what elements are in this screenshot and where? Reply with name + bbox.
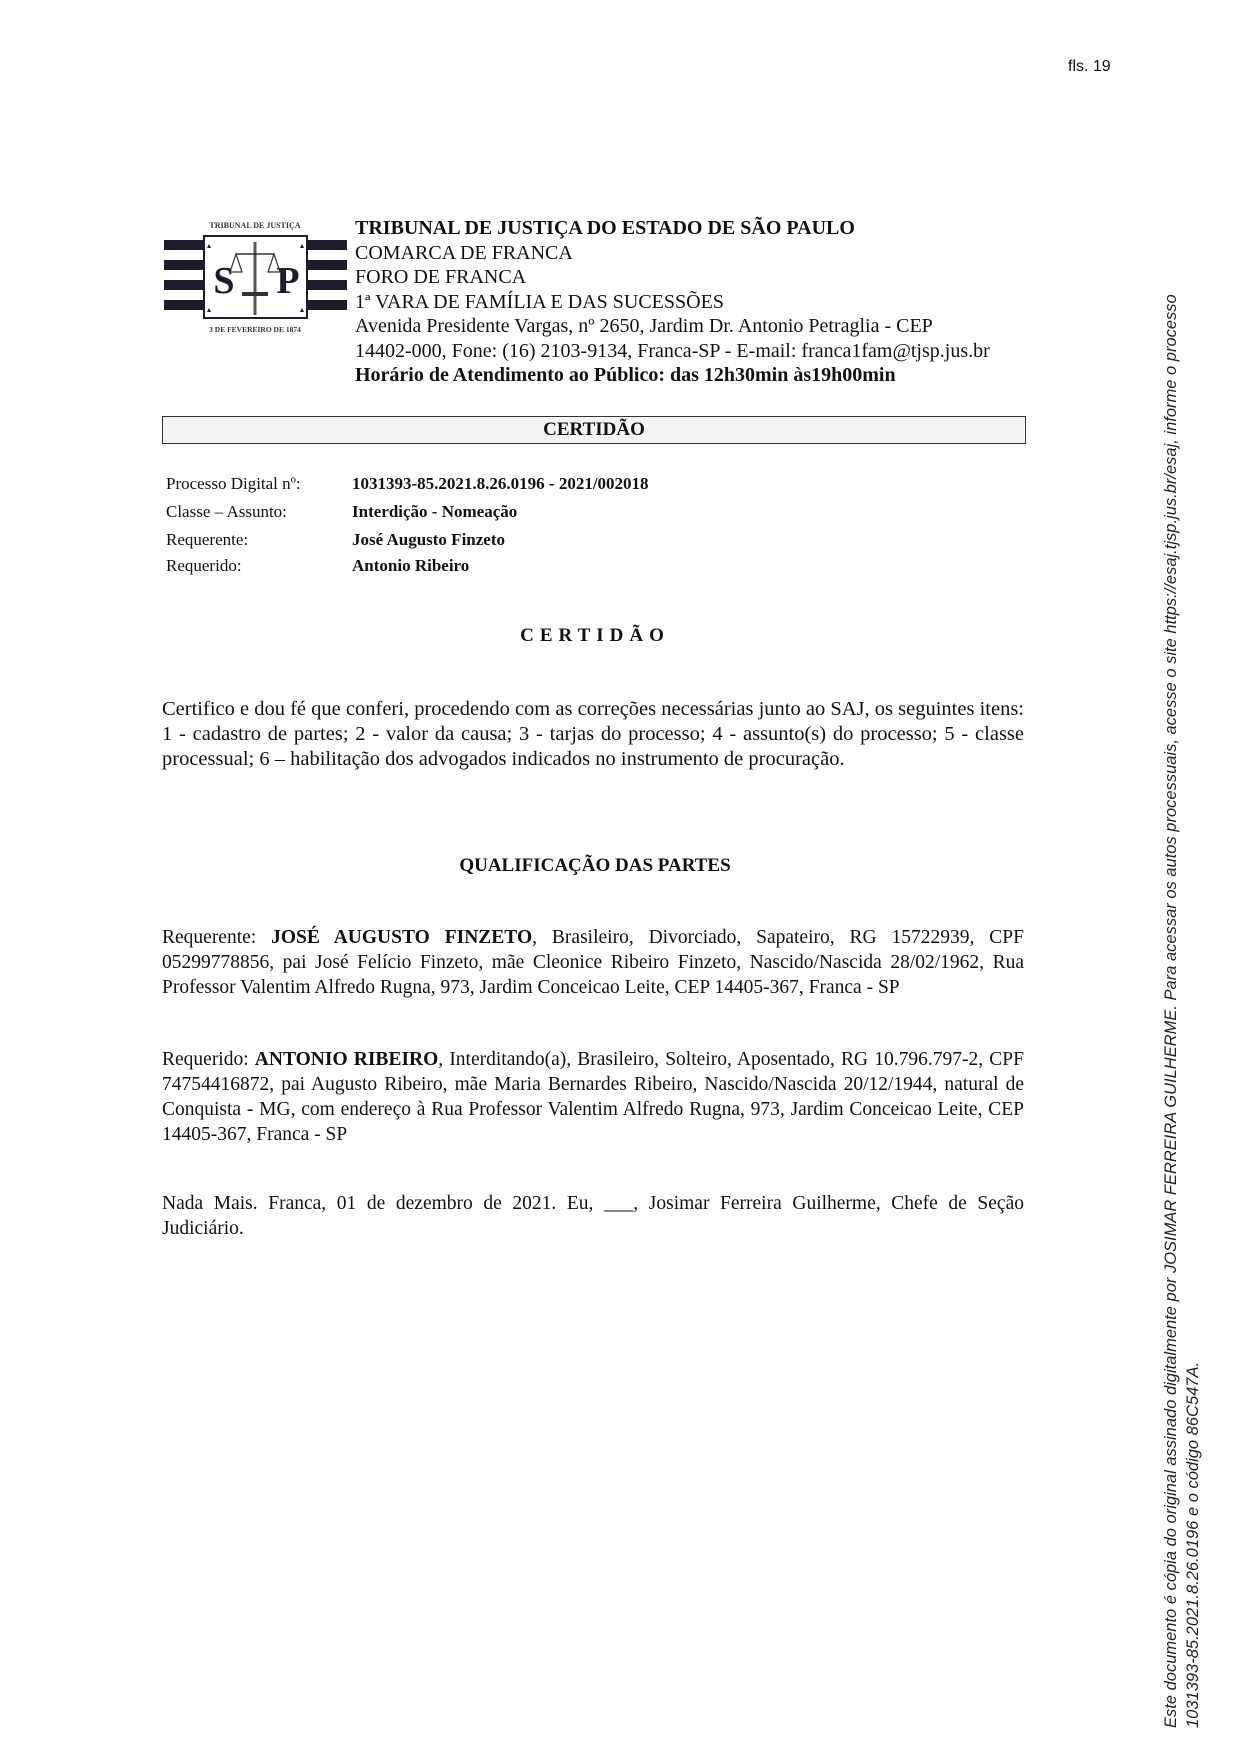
meta-value: Antonio Ribeiro — [352, 556, 469, 576]
requerido-paragraph: Requerido: ANTONIO RIBEIRO, Interditando… — [162, 1047, 1024, 1147]
side-note-line-2: 1031393-85.2021.8.26.0196 e o código 86C… — [1182, 294, 1204, 1728]
vara: 1ª VARA DE FAMÍLIA E DAS SUCESSÕES — [355, 290, 990, 315]
tjsp-coat-of-arms-icon: TRIBUNAL DE JUSTIÇA S P 3 DE FEVEREIRO D… — [164, 202, 347, 337]
side-note-text: , informe o processo — [1162, 294, 1180, 443]
esaj-link[interactable]: https://esaj.tjsp.jus.br/esaj — [1162, 444, 1180, 634]
logo-top-text: TRIBUNAL DE JUSTIÇA — [209, 221, 300, 230]
meta-value: José Augusto Finzeto — [352, 530, 505, 550]
meta-label: Requerido: — [166, 556, 352, 576]
page-folio: fls. 19 — [1068, 58, 1111, 76]
meta-label: Requerente: — [166, 530, 352, 550]
logo-right-letter: P — [276, 260, 299, 302]
title-box: CERTIDÃO — [162, 416, 1026, 444]
comarca: COMARCA DE FRANCA — [355, 241, 990, 266]
letterhead: TRIBUNAL DE JUSTIÇA DO ESTADO DE SÃO PAU… — [355, 216, 990, 388]
requerente-label: Requerente: — [162, 927, 271, 948]
closing-paragraph: Nada Mais. Franca, 01 de dezembro de 202… — [162, 1191, 1024, 1241]
address-line-2: 14402-000, Fone: (16) 2103-9134, Franca-… — [355, 339, 990, 364]
meta-row-classe: Classe – Assunto: Interdição - Nomeação — [166, 498, 649, 526]
address-line-1: Avenida Presidente Vargas, nº 2650, Jard… — [355, 314, 990, 339]
office-hours: Horário de Atendimento ao Público: das 1… — [355, 363, 990, 388]
side-note-text: Este documento é cópia do original assin… — [1162, 634, 1180, 1728]
logo-bottom-text: 3 DE FEVEREIRO DE 1874 — [209, 325, 301, 334]
certification-paragraph: Certifico e dou fé que conferi, proceden… — [162, 697, 1024, 772]
meta-value: 1031393-85.2021.8.26.0196 - 2021/002018 — [352, 474, 649, 494]
digital-signature-note: Este documento é cópia do original assin… — [1160, 294, 1204, 1728]
meta-value: Interdição - Nomeação — [352, 502, 517, 522]
meta-label: Classe – Assunto: — [166, 502, 352, 522]
requerido-name: ANTONIO RIBEIRO — [255, 1049, 439, 1070]
side-note-line-1: Este documento é cópia do original assin… — [1160, 294, 1182, 1728]
certidao-heading: CERTIDÃO — [0, 625, 1190, 647]
requerente-paragraph: Requerente: JOSÉ AUGUSTO FINZETO, Brasil… — [162, 925, 1024, 1000]
meta-row-requerente: Requerente: José Augusto Finzeto — [166, 526, 649, 554]
requerido-label: Requerido: — [162, 1049, 255, 1070]
meta-label: Processo Digital nº: — [166, 474, 352, 494]
meta-row-requerido: Requerido: Antonio Ribeiro — [166, 554, 649, 578]
process-metadata: Processo Digital nº: 1031393-85.2021.8.2… — [166, 470, 649, 578]
requerente-name: JOSÉ AUGUSTO FINZETO — [271, 927, 532, 948]
foro: FORO DE FRANCA — [355, 265, 990, 290]
meta-row-processo: Processo Digital nº: 1031393-85.2021.8.2… — [166, 470, 649, 498]
court-name: TRIBUNAL DE JUSTIÇA DO ESTADO DE SÃO PAU… — [355, 216, 990, 241]
qualificacao-heading: QUALIFICAÇÃO DAS PARTES — [0, 855, 1190, 877]
